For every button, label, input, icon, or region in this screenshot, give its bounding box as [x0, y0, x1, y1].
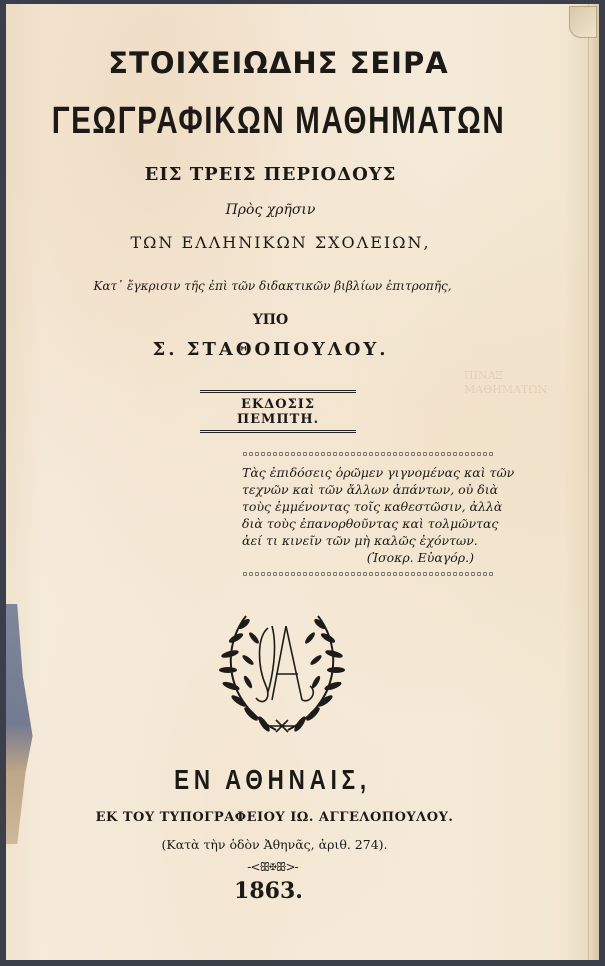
approval-line: Κατ᾽ ἔγκρισιν τῆς ἐπὶ τῶν διδακτικῶν βιβ… — [0, 279, 569, 293]
epigraph-line: τοὺς ἐμμένοντας τοῖς καθεστῶσιν, ἀλλὰ — [242, 498, 494, 515]
subtitle: ΕΙΣ ΤΡΕΙΣ ΠΕΡΙΟΔΟΥΣ — [0, 164, 567, 185]
address-line: (Κατὰ τὴν ὁδὸν Ἀθηνᾶς, ἀριθ. 274). — [0, 837, 571, 852]
by-label: ΥΠΟ — [0, 312, 567, 328]
laurel-wreath-monogram-icon — [206, 608, 356, 743]
printer-line: ΕΚ ΤΟΥ ΤΥΠΟΓΡΑΦΕΙΟΥ ΙΩ. ΑΓΓΕΛΟΠΟΥΛΟΥ. — [0, 810, 571, 825]
epigraph: Τὰς ἐπιδόσεις ὁρῶμεν γιγνομένας καὶ τῶν … — [242, 464, 494, 566]
epigraph-source: (Ἰσοκρ. Εὐαγόρ.) — [242, 549, 494, 566]
title-page: ΠΙΝΑΞΜΑΘΗΜΑΤΩΝ ΣΤΟΙΧΕΙΩΔΗΣ ΣΕΙΡΑ ΓΕΩΓΡΑΦ… — [6, 4, 599, 960]
page-edge — [588, 4, 599, 960]
ornamental-rule-top — [242, 451, 494, 457]
epigraph-line: ἀεί τι κινεῖν τῶν μὴ καλῶς ἐχόντων. — [242, 532, 494, 549]
ornamental-rule-bottom — [242, 571, 494, 577]
folded-corner — [569, 6, 597, 38]
audience-line: ΤΩΝ ΕΛΛΗΝΙΚΩΝ ΣΧΟΛΕΙΩΝ, — [0, 233, 577, 252]
main-title: ΓΕΩΓΡΑΦΙΚΩΝ ΜΑΘΗΜΑΤΩΝ — [47, 100, 510, 143]
epigraph-line: διὰ τοὺς ἐπανορθοῦντας καὶ τολμῶντας — [242, 515, 494, 532]
epigraph-line: τεχνῶν καὶ τῶν ἄλλων ἁπάντων, οὐ διὰ — [242, 481, 494, 498]
epigraph-line: Τὰς ἐπιδόσεις ὁρῶμεν γιγνομένας καὶ τῶν — [242, 464, 494, 481]
scanned-page: ΠΙΝΑΞΜΑΘΗΜΑΤΩΝ ΣΤΟΙΧΕΙΩΔΗΣ ΣΕΙΡΑ ΓΕΩΓΡΑΦ… — [0, 0, 605, 966]
purpose-line: Πρὸς χρῆσιν — [0, 202, 567, 218]
series-title: ΣΤΟΙΧΕΙΩΔΗΣ ΣΕΙΡΑ — [0, 46, 575, 80]
place-of-publication: ΕΝ ΑΘΗΝΑΙΣ, — [35, 764, 509, 796]
bleed-through-text: ΠΙΝΑΞΜΑΘΗΜΑΤΩΝ — [464, 369, 547, 397]
small-ornament-icon: -<ꕥ✠ꕥ>- — [0, 860, 569, 875]
publication-year: 1863. — [0, 878, 565, 904]
torn-spine-edge — [6, 604, 34, 844]
edition-label: ΕΚΔΟΣΙΣ ΠΕΜΠΤΗ. — [200, 390, 356, 433]
author-name: Σ. ΣΤΑΘΟΠΟΥΛΟΥ. — [0, 339, 567, 360]
